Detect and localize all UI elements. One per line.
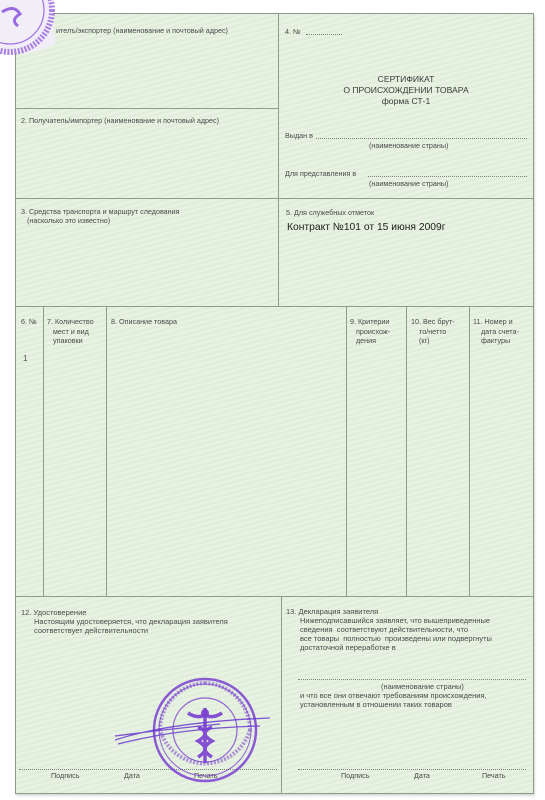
box3-transport-sublabel: (насколько это известно) (27, 216, 110, 226)
box13-date-label: Дата (414, 771, 430, 781)
issued-in-label: Выдан в (285, 131, 313, 141)
certificate-form: ителъ/экспортер (наименование и почтовый… (15, 13, 534, 794)
issued-in-caption: (наименование страны) (369, 141, 448, 151)
box4-number-label: 4. № (285, 27, 301, 37)
col-divider-3 (346, 306, 347, 596)
divider-top-mid (16, 198, 533, 199)
certificate-form-type: форма СТ-1 (306, 96, 506, 107)
box2-importer-label: 2. Получатель/импортер (наименование и п… (21, 116, 219, 126)
box2-importer-field[interactable] (18, 128, 276, 196)
box12-signature-label: Подпись (51, 771, 79, 781)
box5-official-label: 5. Для служебных отметок (286, 208, 374, 218)
col-header-origin-criteria: 9. Критерии происхож- дения (350, 317, 390, 346)
box4-number-field[interactable] (306, 34, 342, 35)
certificate-title: СЕРТИФИКАТ (306, 74, 506, 85)
col-divider-5 (469, 306, 470, 596)
presented-in-caption: (наименование страны) (369, 179, 448, 189)
row-number: 1 (23, 354, 27, 364)
box13-stamp-label: Печать (482, 771, 506, 781)
presented-in-label: Для представления в (285, 169, 356, 179)
certificate-subtitle: О ПРОИСХОЖДЕНИИ ТОВАРА (306, 85, 506, 96)
divider-table-bottom (16, 596, 533, 597)
col-header-number: 6. № (21, 317, 37, 327)
col-divider-2 (106, 306, 107, 596)
col-header-invoice: 11. Номер и дата счета- фактуры (473, 317, 519, 346)
divider-table-top (16, 306, 533, 307)
divider-bottom-vertical (281, 596, 282, 793)
col-header-quantity: 7. Количество мест и вид упаковки (47, 317, 94, 346)
box1-exporter-label: ителъ/экспортер (наименование и почтовый… (56, 26, 228, 36)
divider-box1-box2 (16, 108, 278, 109)
box13-text-line6: установленным в отношении таких товаров (300, 700, 452, 710)
box13-signature-line[interactable] (298, 769, 526, 770)
divider-top-vertical (278, 14, 279, 306)
signature-scribble (110, 700, 280, 750)
issued-in-field[interactable] (316, 138, 527, 139)
box5-contract-value: Контракт №101 от 15 июня 2009г (287, 222, 446, 233)
box12-date-label: Дата (124, 771, 140, 781)
box3-transport-field[interactable] (18, 228, 276, 304)
col-header-weight: 10. Вес брут- то/нетто (кг) (411, 317, 455, 346)
col-divider-4 (406, 306, 407, 596)
col-divider-1 (43, 306, 44, 596)
box13-signature-label: Подпись (341, 771, 369, 781)
box13-country-field[interactable] (298, 679, 526, 680)
presented-in-field[interactable] (368, 176, 527, 177)
box13-text-line4: достаточной переработке в (300, 643, 396, 653)
box12-text-line2: соответствует действительности (34, 626, 148, 636)
col-header-description: 8. Описание товара (111, 317, 177, 327)
corner-stamp-fragment (0, 0, 58, 60)
